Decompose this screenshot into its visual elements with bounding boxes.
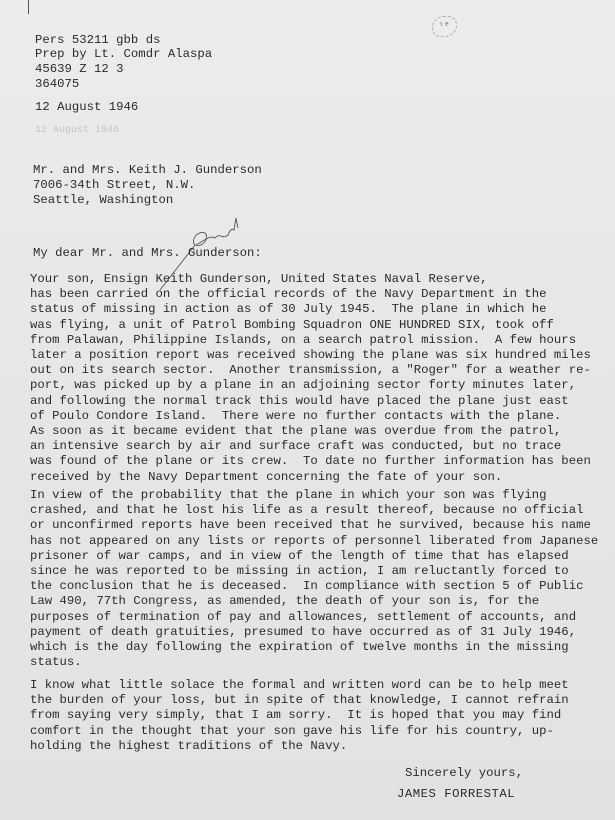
stamp-mark: ᵗᵉ <box>431 15 458 39</box>
paragraph-missing-report: Your son, Ensign Keith Gunderson, United… <box>30 272 590 485</box>
paragraph-line: status. <box>30 655 590 670</box>
paragraph-line: holding the highest traditions of the Na… <box>30 739 590 754</box>
margin-mark <box>28 0 29 14</box>
letter-date: 12 August 1946 <box>35 100 138 115</box>
paragraph-line: port, was picked up by a plane in an adj… <box>30 378 590 393</box>
paragraph-line: which is the day following the expiratio… <box>30 640 590 655</box>
paragraph-presumed-death: In view of the probability that the plan… <box>30 488 590 670</box>
paragraph-line: payment of death gratuities, presumed to… <box>30 625 590 640</box>
paragraph-line: I know what little solace the formal and… <box>30 678 590 693</box>
paragraph-line: or unconfirmed reports have been receive… <box>30 518 590 533</box>
closing: Sincerely yours, <box>405 766 523 781</box>
paragraph-line: from saying very simply, that I am sorry… <box>30 708 590 723</box>
paragraph-line: prisoner of war camps, and in view of th… <box>30 549 590 564</box>
signer-name: JAMES FORRESTAL <box>397 787 515 802</box>
paragraph-line: received by the Navy Department concerni… <box>30 470 590 485</box>
salutation: My dear Mr. and Mrs. Gunderson: <box>33 246 262 261</box>
paragraph-line: purposes of termination of pay and allow… <box>30 610 590 625</box>
paragraph-line: the burden of your loss, but in spite of… <box>30 693 590 708</box>
paragraph-condolence: I know what little solace the formal and… <box>30 678 590 754</box>
letter-page: ᵗᵉ Pers 53211 gbb ds Prep by Lt. Comdr A… <box>0 0 615 820</box>
reference-line: Prep by Lt. Comdr Alaspa <box>35 47 212 62</box>
paragraph-line: Your son, Ensign Keith Gunderson, United… <box>30 272 590 287</box>
paragraph-line: was flying, a unit of Patrol Bombing Squ… <box>30 318 590 333</box>
paragraph-line: Law 490, 77th Congress, as amended, the … <box>30 594 590 609</box>
paragraph-line: has not appeared on any lists or reports… <box>30 534 590 549</box>
paragraph-line: since he was reported to be missing in a… <box>30 564 590 579</box>
ghost-date: 12 August 1946 <box>35 123 119 138</box>
paragraph-line: the conclusion that he is deceased. In c… <box>30 579 590 594</box>
paragraph-line: comfort in the thought that your son gav… <box>30 724 590 739</box>
addressee-line: 7006-34th Street, N.W. <box>33 178 195 193</box>
paragraph-line: out on its search sector. Another transm… <box>30 363 590 378</box>
addressee-line: Mr. and Mrs. Keith J. Gunderson <box>33 163 262 178</box>
paragraph-line: status of missing in action as of 30 Jul… <box>30 302 590 317</box>
paragraph-line: crashed, and that he lost his life as a … <box>30 503 590 518</box>
paragraph-line: an intensive search by air and surface c… <box>30 439 590 454</box>
paragraph-line: from Palawan, Philippine Islands, on a s… <box>30 333 590 348</box>
paragraph-line: was found of the plane or its crew. To d… <box>30 454 590 469</box>
paragraph-line: and following the normal track this woul… <box>30 394 590 409</box>
paragraph-line: later a position report was received sho… <box>30 348 590 363</box>
paragraph-line: has been carried on the official records… <box>30 287 590 302</box>
paragraph-line: As soon as it became evident that the pl… <box>30 424 590 439</box>
paragraph-line: of Poulo Condore Island. There were no f… <box>30 409 590 424</box>
reference-line: Pers 53211 gbb ds <box>35 33 160 48</box>
reference-line: 45639 Z 12 3 <box>35 62 124 77</box>
paragraph-line: In view of the probability that the plan… <box>30 488 590 503</box>
reference-line: 364075 <box>35 77 79 92</box>
